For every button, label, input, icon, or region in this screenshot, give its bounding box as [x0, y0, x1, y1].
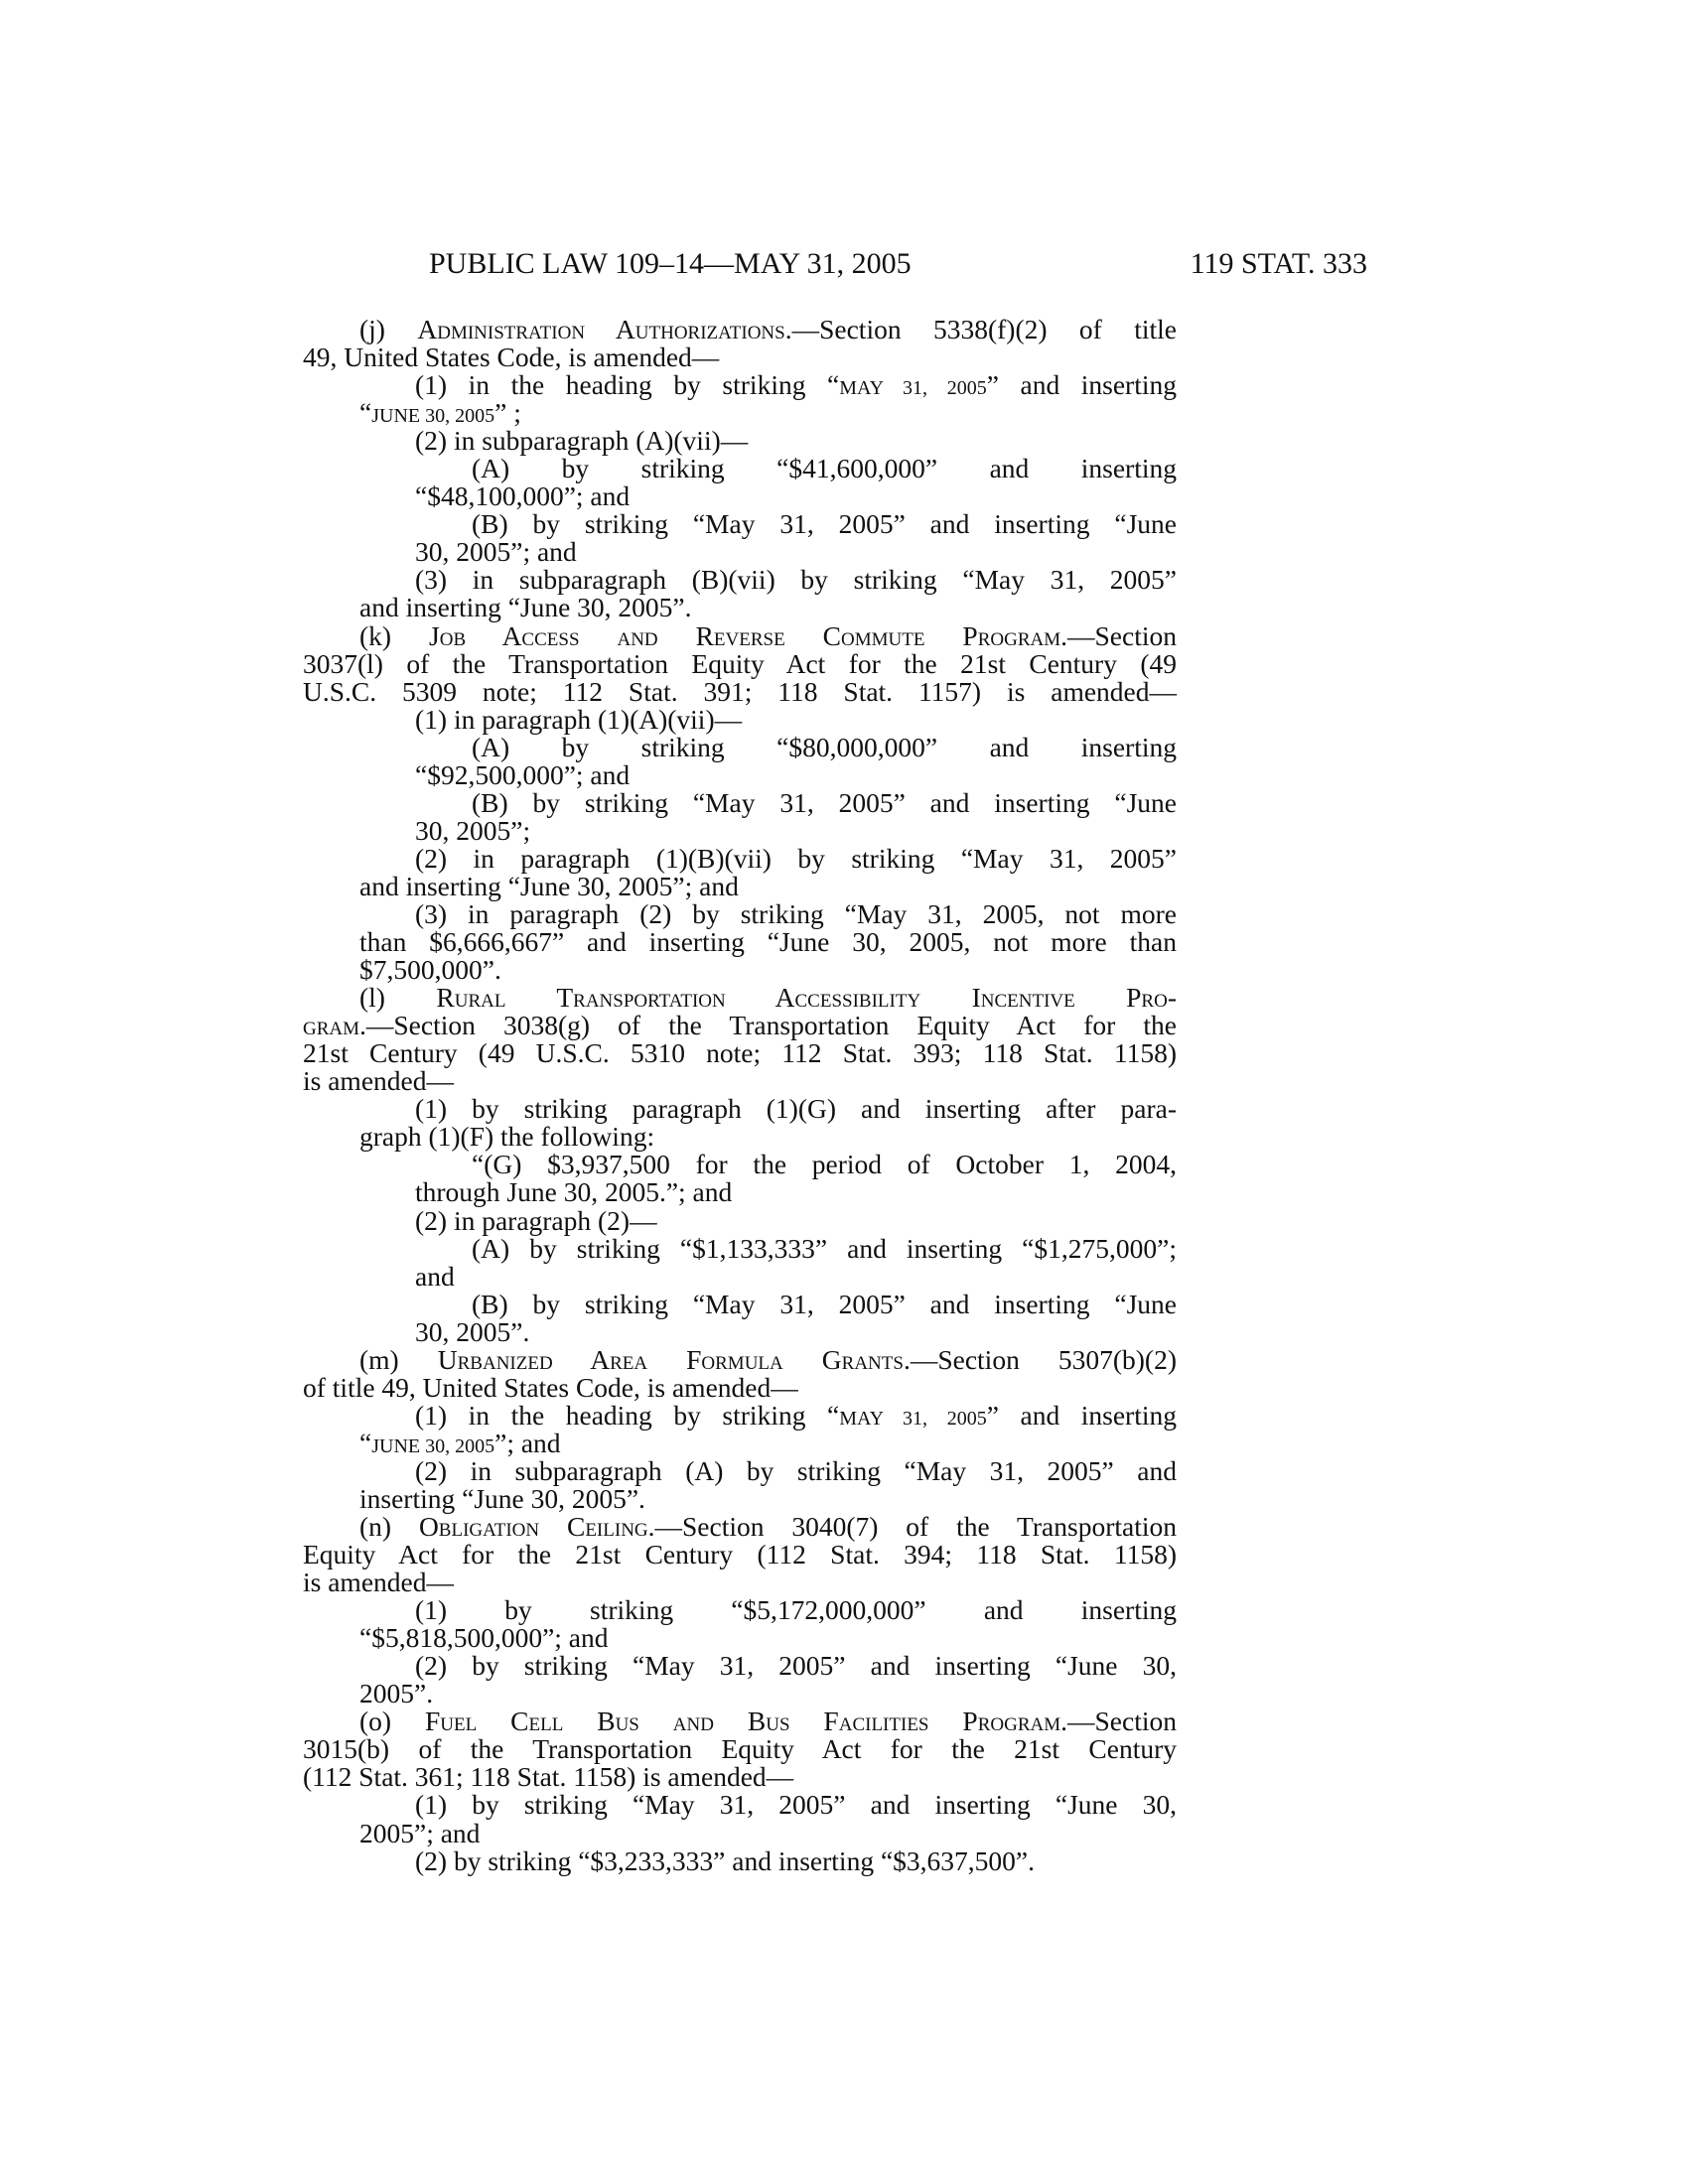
text-run: 30, 2005”; and [415, 536, 577, 567]
text-line: “(G) $3,937,500 for the period of Octobe… [303, 1151, 1177, 1178]
text-run: (1) by striking “$5,172,000,000” and ins… [415, 1594, 1177, 1625]
text-run: (j) [359, 314, 417, 344]
running-head-title: PUBLIC LAW 109–14—MAY 31, 2005 [429, 246, 912, 282]
text-line: (k) Job Access and Reverse Commute Progr… [303, 622, 1177, 650]
text-line: 49, United States Code, is amended— [303, 343, 1177, 371]
text-line: (A) by striking “$41,600,000” and insert… [303, 455, 1177, 482]
text-run: (l) [359, 982, 436, 1013]
text-run: through June 30, 2005.”; and [415, 1176, 732, 1207]
text-line: (112 Stat. 361; 118 Stat. 1158) is amend… [303, 1763, 1177, 1791]
text-run: (B) by striking “May 31, 2005” and inser… [472, 1289, 1177, 1319]
text-line: of title 49, United States Code, is amen… [303, 1374, 1177, 1402]
text-line: (1) by striking “$5,172,000,000” and ins… [303, 1596, 1177, 1624]
text-line: (2) in paragraph (2)— [303, 1207, 1177, 1235]
text-run: (B) by striking “May 31, 2005” and inser… [472, 787, 1177, 818]
text-line: (3) in subparagraph (B)(vii) by striking… [303, 566, 1177, 594]
text-line: and [303, 1263, 1177, 1291]
text-line: (1) by striking “May 31, 2005” and inser… [303, 1791, 1177, 1819]
text-line: (2) by striking “May 31, 2005” and inser… [303, 1652, 1177, 1680]
text-line: 2005”; and [303, 1820, 1177, 1847]
text-line: (B) by striking “May 31, 2005” and inser… [303, 1291, 1177, 1318]
text-line: (2) in subparagraph (A) by striking “May… [303, 1457, 1177, 1485]
text-line: gram.—Section 3038(g) of the Transportat… [303, 1012, 1177, 1039]
text-run: Equity Act for the 21st Century (112 Sta… [303, 1539, 1177, 1570]
text-run: (3) in paragraph (2) by striking “May 31… [415, 898, 1177, 929]
text-line: 30, 2005”; and [303, 538, 1177, 566]
text-run: (2) in subparagraph (A)(vii)— [415, 425, 748, 456]
text-run: 30, 2005”. [415, 1316, 529, 1347]
running-head-page-number: 119 STAT. 333 [1191, 246, 1367, 282]
text-line: 21st Century (49 U.S.C. 5310 note; 112 S… [303, 1039, 1177, 1067]
text-line: 30, 2005”. [303, 1318, 1177, 1346]
text-line: (j) Administration Authorizations.—Secti… [303, 316, 1177, 343]
text-run: (m) [359, 1344, 438, 1375]
section-heading: Urbanized Area Formula Grants. [438, 1344, 911, 1375]
text-run: —Section 3038(g) of the Transportation E… [366, 1010, 1177, 1040]
text-run: (1) in the heading by striking “ [415, 1400, 839, 1431]
text-run: (1) by striking paragraph (1)(G) and ins… [415, 1093, 1177, 1124]
text-run: (k) [359, 620, 429, 651]
text-line: and inserting “June 30, 2005”; and [303, 873, 1177, 900]
text-line: Equity Act for the 21st Century (112 Sta… [303, 1541, 1177, 1569]
heading-date: JUNE 30, 2005 [371, 1435, 494, 1457]
text-line: through June 30, 2005.”; and [303, 1178, 1177, 1206]
text-line: (B) by striking “May 31, 2005” and inser… [303, 510, 1177, 538]
text-line: “JUNE 30, 2005”; and [303, 1430, 1177, 1457]
text-line: U.S.C. 5309 note; 112 Stat. 391; 118 Sta… [303, 678, 1177, 706]
text-line: 3037(l) of the Transportation Equity Act… [303, 650, 1177, 678]
text-line: (1) in the heading by striking “MAY 31, … [303, 1402, 1177, 1430]
text-run: 30, 2005”; [415, 815, 530, 846]
text-line: “JUNE 30, 2005” ; [303, 399, 1177, 427]
text-line: (n) Obligation Ceiling.—Section 3040(7) … [303, 1513, 1177, 1541]
text-line: (B) by striking “May 31, 2005” and inser… [303, 789, 1177, 817]
text-line: 2005”. [303, 1680, 1177, 1707]
text-line: (3) in paragraph (2) by striking “May 31… [303, 900, 1177, 928]
text-line: (1) by striking paragraph (1)(G) and ins… [303, 1095, 1177, 1123]
text-run: —Section [1067, 620, 1177, 651]
text-run: inserting “June 30, 2005”. [359, 1483, 645, 1514]
text-run: 3037(l) of the Transportation Equity Act… [303, 648, 1177, 679]
text-line: (1) in the heading by striking “MAY 31, … [303, 371, 1177, 399]
text-run: (2) in subparagraph (A) by striking “May… [415, 1455, 1177, 1486]
text-line: (o) Fuel Cell Bus and Bus Facilities Pro… [303, 1707, 1177, 1735]
text-line: 3015(b) of the Transportation Equity Act… [303, 1735, 1177, 1763]
text-line: (l) Rural Transportation Accessibility I… [303, 984, 1177, 1012]
text-run: ”; and [494, 1428, 560, 1458]
text-run: “$48,100,000”; and [415, 480, 630, 511]
text-line: inserting “June 30, 2005”. [303, 1485, 1177, 1513]
text-run: (112 Stat. 361; 118 Stat. 1158) is amend… [303, 1761, 793, 1792]
text-line: “$92,500,000”; and [303, 761, 1177, 789]
statute-body-text: (j) Administration Authorizations.—Secti… [303, 316, 1177, 1875]
text-line: (1) in paragraph (1)(A)(vii)— [303, 706, 1177, 734]
text-line: “$5,818,500,000”; and [303, 1624, 1177, 1652]
text-line: (m) Urbanized Area Formula Grants.—Secti… [303, 1346, 1177, 1374]
text-run: and [415, 1261, 455, 1292]
text-run: U.S.C. 5309 note; 112 Stat. 391; 118 Sta… [303, 676, 1177, 707]
text-run: of title 49, United States Code, is amen… [303, 1372, 798, 1403]
text-line: is amended— [303, 1067, 1177, 1095]
text-line: is amended— [303, 1569, 1177, 1596]
text-line: (A) by striking “$1,133,333” and inserti… [303, 1235, 1177, 1263]
text-line: graph (1)(F) the following: [303, 1123, 1177, 1151]
section-heading: gram. [303, 1010, 366, 1040]
section-heading: Rural Transportation Accessibility Incen… [436, 982, 1177, 1013]
text-run: than $6,666,667” and inserting “June 30,… [359, 926, 1177, 957]
section-heading: Obligation Ceiling. [419, 1511, 655, 1542]
text-run: $7,500,000”. [359, 954, 501, 985]
text-run: (n) [359, 1511, 419, 1542]
text-line: (A) by striking “$80,000,000” and insert… [303, 734, 1177, 761]
text-run: 21st Century (49 U.S.C. 5310 note; 112 S… [303, 1037, 1177, 1068]
document-page: PUBLIC LAW 109–14—MAY 31, 2005 119 STAT.… [0, 0, 1688, 2184]
text-run: and inserting “June 30, 2005”. [359, 592, 692, 622]
text-line: (2) in paragraph (1)(B)(vii) by striking… [303, 845, 1177, 873]
heading-date: MAY 31, 2005 [839, 1408, 986, 1430]
text-run: ” ; [494, 397, 521, 428]
text-run: “ [359, 397, 371, 428]
text-run: —Section 3040(7) of the Transportation [655, 1511, 1177, 1542]
text-line: $7,500,000”. [303, 956, 1177, 984]
section-heading: Job Access and Reverse Commute Program. [429, 620, 1067, 651]
running-head: PUBLIC LAW 109–14—MAY 31, 2005 119 STAT.… [429, 246, 1367, 282]
text-run: (2) by striking “$3,233,333” and inserti… [415, 1845, 1035, 1876]
text-run: is amended— [303, 1567, 454, 1597]
text-run: —Section 5307(b)(2) [911, 1344, 1177, 1375]
text-run: (2) in paragraph (1)(B)(vii) by striking… [415, 843, 1177, 874]
text-run: (A) by striking “$80,000,000” and insert… [472, 732, 1177, 762]
section-heading: Administration Authorizations. [417, 314, 791, 344]
text-run: (2) in paragraph (2)— [415, 1205, 657, 1236]
text-run: (B) by striking “May 31, 2005” and inser… [472, 508, 1177, 539]
text-run: “(G) $3,937,500 for the period of Octobe… [472, 1149, 1177, 1179]
text-run: and inserting “June 30, 2005”; and [359, 871, 739, 901]
text-run: (3) in subparagraph (B)(vii) by striking… [415, 564, 1177, 595]
heading-date: JUNE 30, 2005 [371, 405, 494, 427]
text-line: and inserting “June 30, 2005”. [303, 594, 1177, 621]
text-run: “$92,500,000”; and [415, 759, 630, 790]
text-run: 2005”; and [359, 1818, 480, 1848]
text-run: (2) by striking “May 31, 2005” and inser… [415, 1650, 1177, 1681]
text-run: (A) by striking “$1,133,333” and inserti… [472, 1233, 1177, 1264]
text-line: (2) by striking “$3,233,333” and inserti… [303, 1847, 1177, 1875]
text-line: 30, 2005”; [303, 817, 1177, 845]
text-run: (1) in paragraph (1)(A)(vii)— [415, 704, 742, 735]
text-run: is amended— [303, 1065, 454, 1096]
text-run: (o) [359, 1706, 425, 1736]
text-line: (2) in subparagraph (A)(vii)— [303, 427, 1177, 455]
text-run: graph (1)(F) the following: [359, 1121, 654, 1152]
text-run: 49, United States Code, is amended— [303, 341, 719, 372]
text-run: (1) by striking “May 31, 2005” and inser… [415, 1789, 1177, 1820]
text-run: (1) in the heading by striking “ [415, 369, 839, 400]
section-heading: Fuel Cell Bus and Bus Facilities Program… [425, 1706, 1067, 1736]
text-run: “ [359, 1428, 371, 1458]
text-run: 2005”. [359, 1678, 433, 1708]
text-run: —Section 5338(f)(2) of title [792, 314, 1177, 344]
text-run: (A) by striking “$41,600,000” and insert… [472, 453, 1177, 483]
text-run: ” and inserting [987, 1400, 1177, 1431]
text-run: “$5,818,500,000”; and [359, 1622, 609, 1653]
text-line: than $6,666,667” and inserting “June 30,… [303, 928, 1177, 956]
text-line: “$48,100,000”; and [303, 482, 1177, 510]
text-run: 3015(b) of the Transportation Equity Act… [303, 1733, 1177, 1764]
heading-date: MAY 31, 2005 [839, 377, 986, 399]
text-run: —Section [1067, 1706, 1177, 1736]
text-run: ” and inserting [987, 369, 1177, 400]
